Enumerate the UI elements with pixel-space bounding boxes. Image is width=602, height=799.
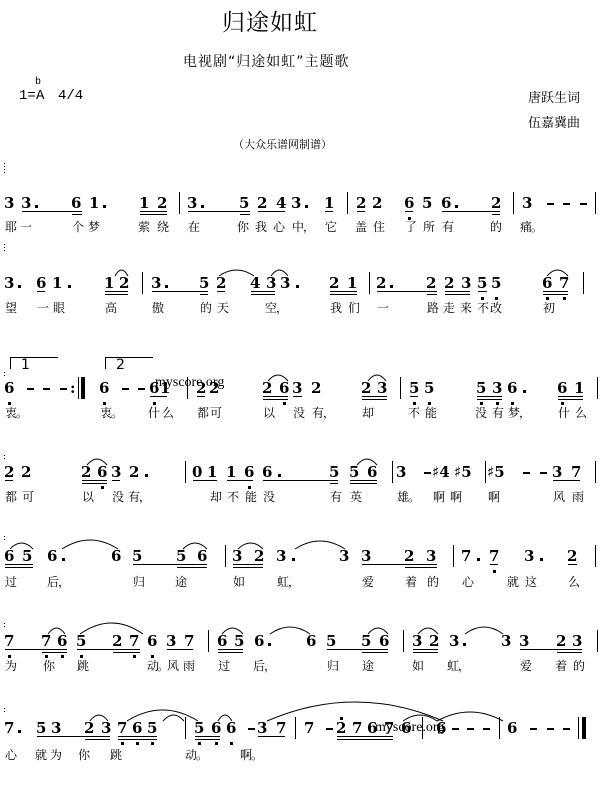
high-octave-dot [340,717,343,720]
note: 1 [104,276,114,291]
note: ♯5 [454,465,472,480]
lyric-syllable: 能 [425,407,437,419]
lyric-syllable: 如 [412,660,424,672]
note: 5 [326,634,336,649]
lyric-syllable: 以 [263,407,275,419]
low-octave-dot [198,742,201,745]
note: 2 [567,549,577,564]
note: 6 [97,465,107,480]
beam-underline [263,396,288,397]
beam-underline [140,214,167,215]
lyric-syllable: 你 [43,660,55,672]
beam-underline [233,564,263,565]
low-octave-dot [495,297,498,300]
barline [142,272,143,294]
sustain-dash [540,472,547,474]
repeat-barline-thin [78,377,79,399]
note: 6 [379,634,389,649]
augmentation-dot [390,285,393,288]
lyric-syllable: 盖 [355,221,367,233]
lyric-syllable: 来 [460,302,472,314]
lyric-syllable: 什 [148,407,160,419]
lyric-syllable: 风 [167,660,179,672]
sustain-dash [547,728,554,730]
beam-underline [5,649,67,650]
lyric-syllable: 萦 [138,221,150,233]
beam-underline [258,211,285,212]
lyric-syllable: 绕 [157,221,169,233]
lyric-syllable: 。 [251,749,263,761]
beam-underline [442,211,500,212]
lyric-syllable: 着 [555,660,567,672]
watermark-text: myscore.org [375,721,444,735]
barline [595,545,596,567]
augmentation-dot [165,285,168,288]
note: 2 [329,276,339,291]
note: 6 [197,549,207,564]
barline [583,272,584,294]
low-octave-dot [480,402,483,405]
lyric-syllable: 没 [112,491,124,503]
beam-underline [251,291,275,292]
lyric-syllable: 一 [377,302,389,314]
sustain-dash [43,388,50,390]
barline [179,192,180,214]
barline [595,192,596,214]
note: 1 [226,465,236,480]
note: 2 [556,634,566,649]
note: 5 [76,634,86,649]
lyric-syllable: 眼 [53,302,65,314]
beam-underline [478,291,487,292]
note: 7 [184,634,194,649]
low-octave-dot [151,655,154,658]
lyric-syllable: 么 [162,407,174,419]
augmentation-dot [18,285,21,288]
beam-underline [240,214,250,215]
lyric-syllable: ， [58,576,70,588]
low-octave-dot [511,402,514,405]
augmentation-dot [296,285,299,288]
note: 6 [507,721,517,736]
note: 4 [276,196,286,211]
lyric-syllable: 的 [490,221,502,233]
beam-underline [568,564,577,565]
low-octave-dot [428,402,431,405]
lyric-syllable: 啊 [488,491,500,503]
beam-underline [377,291,437,292]
lyric-syllable: 不 [408,407,420,419]
note: 2 [404,549,414,564]
note: 2 [129,465,139,480]
note: 3 [111,465,121,480]
lyric-syllable: 你 [237,221,249,233]
beam-underline [543,291,568,292]
lyric-syllable: 以 [82,491,94,503]
note: 3 [4,276,14,291]
lyric-syllable: 风 [553,491,565,503]
beam-underline [362,399,387,400]
note: 6 [507,381,517,396]
note: 2 [81,465,91,480]
lyric-syllable: 不 [477,302,489,314]
lyric-syllable: 途 [362,660,374,672]
lyric-syllable: 它 [325,221,337,233]
note: 5 [239,196,249,211]
note: 6 [99,381,109,396]
volta-ending-number: 2 [116,358,125,372]
low-octave-dot [101,486,104,489]
low-octave-dot [248,486,251,489]
note: 2 [426,276,436,291]
beam-underline [118,736,157,737]
lyric-syllable: 爱 [520,660,532,672]
note: 3 [51,721,61,736]
note: ♯4 [432,465,450,480]
lyric-syllable: 都 [5,491,17,503]
lyric-syllable: 却 [362,407,374,419]
note: 2 [311,381,321,396]
low-octave-dot [61,655,64,658]
lyric-syllable: 。 [16,407,28,419]
note: 7 [4,634,14,649]
note: ♯5 [487,465,505,480]
note: 5 [234,634,244,649]
beam-underline [413,649,438,650]
beam-underline [477,396,502,397]
lyric-syllable: 么 [568,576,580,588]
lyric-syllable: 改 [490,302,502,314]
final-barline-thin [578,717,579,739]
note: 6 [36,276,46,291]
note: 1 [207,465,217,480]
sustain-dash [138,388,145,390]
lyric-syllable: 没 [475,407,487,419]
note: 6 [4,549,14,564]
lyric-syllable: 么 [575,407,587,419]
lyric-syllable: 的 [427,576,439,588]
note: 7 [4,721,14,736]
beam-underline [5,567,33,568]
beam-underline [188,211,250,212]
lyric-syllable: 过 [5,576,17,588]
lyric-syllable: 在 [188,221,200,233]
beam-underline [227,480,253,481]
lyric-syllable: 啊 [433,491,445,503]
lyric-syllable: 可 [22,491,34,503]
beam-underline [350,483,377,484]
note: 6 [262,465,272,480]
beam-underline [330,483,338,484]
note: 3 [412,634,422,649]
barline [392,461,393,483]
beam-underline [150,396,167,397]
beam-underline [477,399,502,400]
beam-underline [5,480,13,481]
lyric-syllable: 。 [196,749,208,761]
lyric-syllable: 心 [5,749,17,761]
volta-bracket-top [105,357,153,358]
note: 2 [262,381,272,396]
lyric-syllable: 一 [20,221,32,233]
augmentation-dot [305,205,308,208]
lyric-syllable: 啊 [450,491,462,503]
note: 7 [571,465,581,480]
beam-underline [362,396,387,397]
augmentation-dot [278,474,281,477]
sustain-dash [60,388,67,390]
note: 6 [211,721,221,736]
lyric-syllable: 有 [330,491,342,503]
note: 6 [111,549,121,564]
sustain-dash [424,472,431,474]
lyric-syllable: 所 [423,221,435,233]
note: 5 [199,276,209,291]
lyric-syllable: 跳 [110,749,122,761]
augmentation-dot [62,558,65,561]
note: 3 [519,634,529,649]
beam-underline [413,652,438,653]
note: 3 [522,196,532,211]
beam-underline [193,480,217,481]
beam-underline [113,652,140,653]
lyric-syllable: 途 [175,576,187,588]
note: 3 [552,465,562,480]
lyric-syllable: 的 [573,660,585,672]
note: 3 [377,381,387,396]
note: 3 [266,276,276,291]
sustain-dash [326,728,333,730]
note: 5 [147,721,157,736]
note: 3 [257,721,267,736]
note: 6 [132,721,142,736]
augmentation-dot [268,643,271,646]
lyric-syllable: 个 [72,221,84,233]
note: 3 [101,721,111,736]
note: 2 [157,196,167,211]
beam-underline [490,564,498,565]
note: 6 [279,381,289,396]
repeat-colon: : [70,381,76,396]
lyric-syllable: 就 [507,576,519,588]
augmentation-dot [68,285,71,288]
note: 1 [52,276,62,291]
lyric-syllable: 们 [348,302,360,314]
augmentation-dot [145,474,148,477]
lyric-syllable: 。 [408,491,420,503]
beam-underline [217,291,225,292]
beam-underline [520,649,582,650]
lyric-syllable: 天 [217,302,229,314]
lyric-syllable: 了 [405,221,417,233]
barline [185,717,186,739]
note: 7 [117,721,127,736]
low-octave-dot [121,742,124,745]
note: 7 [304,721,314,736]
augmentation-dot [540,558,543,561]
final-barline-thick [582,717,586,739]
lyric-syllable: 如 [233,576,245,588]
note: 7 [461,549,471,564]
low-octave-dot [230,742,233,745]
note: 6 [71,196,81,211]
volta-bracket-side [10,357,11,369]
sustain-dash [467,728,474,730]
note: 7 [129,634,139,649]
low-octave-dot [561,402,564,405]
sustain-dash [547,203,554,205]
barline [347,192,348,214]
note: 7 [276,721,286,736]
beam-underline [410,396,418,397]
note: 2 [491,196,501,211]
note: 2 [257,196,267,211]
low-octave-dot [546,297,549,300]
low-octave-dot [563,297,566,300]
note: 5 [409,381,419,396]
beam-underline [195,736,220,737]
beam-underline [330,291,357,292]
beam-underline [445,294,470,295]
beam-underline [133,564,207,565]
barline [453,545,454,567]
lyric-syllable: ， [139,491,151,503]
note: 6 [147,634,157,649]
lyric-syllable: 耶 [5,221,17,233]
low-octave-dot [496,402,499,405]
low-octave-dot [8,655,11,658]
sustain-dash [523,472,530,474]
beam-underline [325,211,333,212]
note: 2 [4,465,14,480]
lyric-syllable: 为 [50,749,62,761]
lyric-syllable: ， [264,660,276,672]
note: 3 [426,549,436,564]
beam-underline [218,652,243,653]
repeat-barline-thick [81,377,85,399]
lyric-syllable: 没 [293,407,305,419]
low-octave-dot [133,655,136,658]
beam-underline [492,214,500,215]
beam-underline [405,567,437,568]
low-octave-dot [153,402,156,405]
low-octave-dot [151,742,154,745]
lyric-syllable: 爱 [362,576,374,588]
sustain-dash [122,388,129,390]
beam-underline [362,564,437,565]
barline [225,545,226,567]
lyric-syllable: 雨 [183,660,195,672]
note: 3 [524,549,534,564]
note: 3 [187,196,197,211]
lyric-syllable: 归 [327,660,339,672]
note: 5 [361,634,371,649]
sustain-dash [580,203,587,205]
lyric-syllable: 过 [218,660,230,672]
note: 2 [444,276,454,291]
note: 2 [112,634,122,649]
barline [400,377,401,399]
beam-underline [37,736,110,737]
lyric-syllable: ， [458,660,470,672]
beam-underline [112,480,120,481]
beam-underline [233,567,263,568]
note: 6 [244,465,254,480]
lyric-syllable: ， [303,221,315,233]
lyric-syllable: 。 [531,221,543,233]
note: 5 [491,276,501,291]
beam-underline [557,652,582,653]
beam-underline [337,739,393,740]
note: 5 [424,381,434,396]
note: 2 [361,381,371,396]
lyric-syllable: ， [288,576,300,588]
lyric-syllable: 有 [492,407,504,419]
note: 6 [441,196,451,211]
note: 1 [347,276,357,291]
sustain-dash [452,728,459,730]
note: 2 [336,721,346,736]
note: 3 [276,549,286,564]
low-octave-dot [493,570,496,573]
lyric-syllable: 都 [197,407,209,419]
low-octave-dot [136,742,139,745]
lyric-syllable: 却 [210,491,222,503]
note: 7 [41,634,51,649]
note: 3 [396,465,406,480]
note: 5 [22,549,32,564]
note: 3 [166,634,176,649]
barline [295,717,296,739]
augmentation-dot [292,558,295,561]
augmentation-dot [477,558,480,561]
beam-underline [82,480,107,481]
barline [485,461,486,483]
note: 1 [89,196,99,211]
note: 6 [404,196,414,211]
note: 5 [477,276,487,291]
beam-underline [553,480,580,481]
barline [185,461,186,483]
beam-underline [445,291,470,292]
note: 3 [292,381,302,396]
lyric-syllable: 心 [273,221,285,233]
beam-underline [105,294,128,295]
lyric-syllable: 住 [373,221,385,233]
note: 3 [361,549,371,564]
low-octave-dot [413,402,416,405]
augmentation-dot [523,390,526,393]
note: 6 [542,276,552,291]
lyric-syllable: 望 [5,302,17,314]
note: 5 [422,196,432,211]
sustain-dash [248,728,255,730]
augmentation-dot [201,205,204,208]
beam-underline [22,211,82,212]
lyric-syllable: 跳 [77,660,89,672]
augmentation-dot [103,205,106,208]
barline [595,461,596,483]
note: 7 [352,721,362,736]
lyric-syllable: 。 [111,407,123,419]
music-score: 3361123524312265623耶一个梦萦绕在你我心中，它盖住了所有的痛。… [0,0,602,799]
beam-underline [337,736,393,737]
note: 5 [329,465,339,480]
barline [513,192,514,214]
beam-underline [177,567,207,568]
lyric-syllable: 什 [558,407,570,419]
beam-underline [357,211,365,212]
